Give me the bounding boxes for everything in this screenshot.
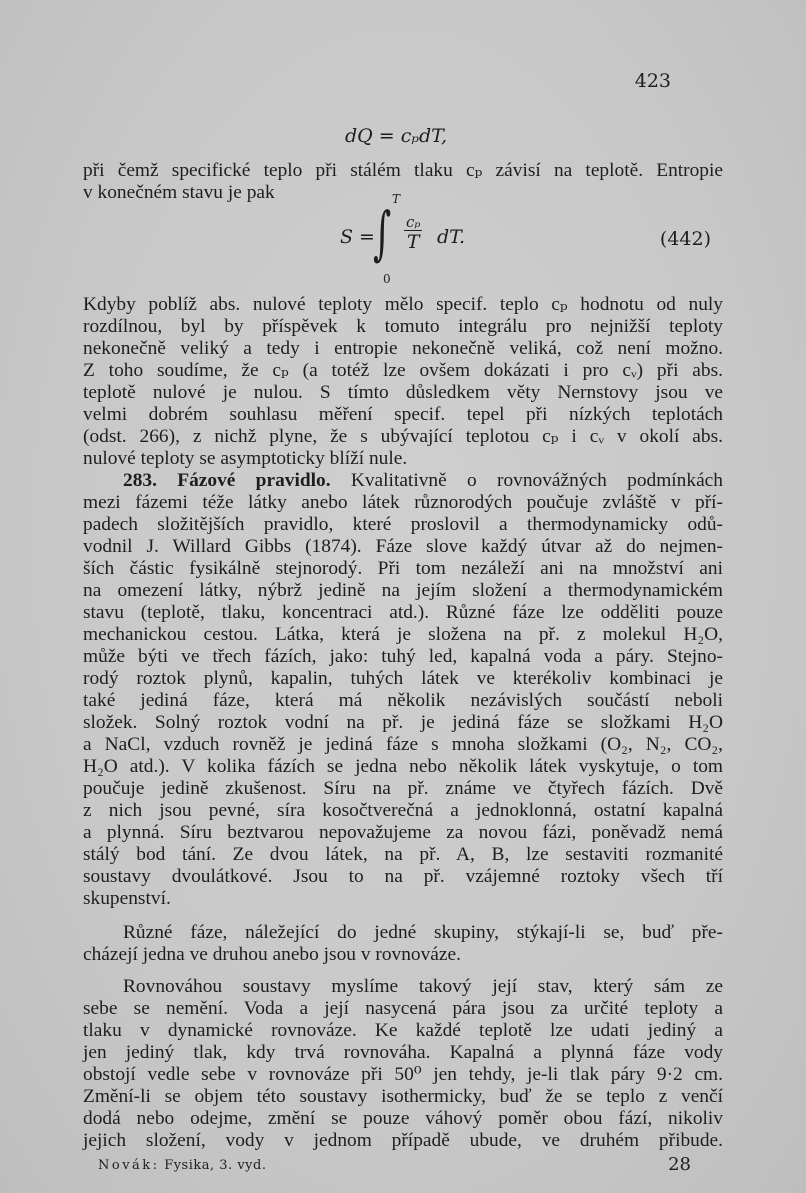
text-line: skupenství. [83,888,723,910]
text-line: Změní-li se objem této soustavy isotherm… [83,1086,723,1108]
section-heading-line: 283. Fázové pravidlo. Kvalitativně o rov… [83,470,723,492]
text-line: Kdyby poblíž abs. nulové teploty mělo sp… [83,294,723,316]
text-line: vodnil J. Willard Gibbs (1874). Fáze slo… [83,536,723,558]
text-line: také jediná fáze, která má několik nezáv… [83,690,723,712]
text-line: mezi fázemi téže látky anebo látek různo… [83,492,723,514]
text-line: složek. Solný roztok vodní na př. je jed… [83,712,723,734]
text-line: může býti ve třech fázích, jako: tuhý le… [83,646,723,668]
text-line: soustavy dvoulátkové. Jsou to na př. vzá… [83,866,723,888]
page-number: 423 [635,70,671,92]
equation-dq-text: dQ = cₚdT, [345,125,447,147]
text-line: při čemž specifické teplo při stálém tla… [83,160,723,182]
text-line: dodá nebo odejme, změní se pouze váhový … [83,1108,723,1130]
book-page: 423 dQ = cₚdT, při čemž specifické teplo… [0,0,806,1193]
page-footer-source: Novák: Fysika, 3. vyd. [98,1158,266,1173]
text-line: jen jediný tlak, kdy trvá rovnováha. Kap… [83,1042,723,1064]
paragraph-phase-contact: Různé fáze, náležející do jedné skupiny,… [83,922,723,966]
text-line: (odst. 266), z nichž plyne, že s ubývají… [83,426,723,448]
text-line: nulové teploty se asymptoticky blíží nul… [83,448,723,470]
section-title: Fázové pravidlo. [177,470,330,491]
text-line: Z toho soudíme, že cₚ (a totéž lze ovšem… [83,360,723,382]
text-line: Rovnováhou soustavy myslíme takový její … [83,976,723,998]
text-line: rozdílnou, byl by příspěvek k tomuto int… [83,316,723,338]
text-fragment: Kvalitativně o rovnovážných podmínkách [331,470,723,491]
fraction-denominator: T [404,231,422,253]
text-line: jejich složení, vody v jednom případě ub… [83,1130,723,1152]
text-line: a NaCl, vzduch rovněž je jediná fáze s m… [83,734,723,756]
footer-author: Novák: [98,1158,160,1173]
integral-upper-limit: T [392,192,400,206]
integral-differential: dT. [437,226,465,248]
page-footer-signature: 28 [668,1154,691,1175]
text-line: a plynná. Síru beztvarou nepovažujeme za… [83,822,723,844]
equation-dq: dQ = cₚdT, [345,125,447,147]
text-line: stálý bod tání. Ze dvou látek, na př. A,… [83,844,723,866]
section-number: 283. [123,470,157,491]
text-line: teplotě nulové je nulou. S tímto důsledk… [83,382,723,404]
text-line: obstojí vedle sebe v rovnováze při 50⁰ j… [83,1064,723,1086]
paragraph-equilibrium: Rovnováhou soustavy myslíme takový její … [83,976,723,1152]
equation-number: (442) [660,228,711,250]
footer-title: Fysika, 3. vyd. [160,1158,267,1173]
fraction-numerator: cₚ [404,214,422,231]
text-line: ších částic fysikálně stejnorodý. Při to… [83,558,723,580]
text-line: mechanickou cestou. Látka, která je slož… [83,624,723,646]
text-line: H₂O atd.). V kolika fázích se jedna nebo… [83,756,723,778]
equation-entropy-integral: S = ∫ T 0 cₚ T dT. [340,196,540,286]
text-line: nekonečně veliký a tedy i entropie nekon… [83,338,723,360]
text-line: poučuje jedině zkušenost. Síru na př. zn… [83,778,723,800]
integral-fraction: cₚ T [404,214,422,253]
integral-sign-icon: ∫ [373,204,391,262]
text-line: velmi dobrém souhlasu měření specif. tep… [83,404,723,426]
text-line: z nich jsou pevné, síra kosočtverečná a … [83,800,723,822]
text-line: padech složitějších pravidlo, které pros… [83,514,723,536]
section-283-phase-rule: 283. Fázové pravidlo. Kvalitativně o rov… [83,470,723,910]
text-line: cházejí jedna ve druhou anebo jsou v rov… [83,944,723,966]
text-line: rodý roztok plynů, kapalin, tuhých látek… [83,668,723,690]
text-line: Různé fáze, náležející do jedné skupiny,… [83,922,723,944]
paragraph-nernst: Kdyby poblíž abs. nulové teploty mělo sp… [83,294,723,470]
text-line: stavu (teplotě, tlaku, koncentraci atd.)… [83,602,723,624]
integral-lhs: S = [340,226,375,248]
integral-lower-limit: 0 [383,272,391,286]
text-line: tlaku v dynamické rovnováze. Ke každé te… [83,1020,723,1042]
text-line: sebe se nemění. Voda a její nasycená pár… [83,998,723,1020]
text-line: na omezení látky, nýbrž jedině na jejím … [83,580,723,602]
